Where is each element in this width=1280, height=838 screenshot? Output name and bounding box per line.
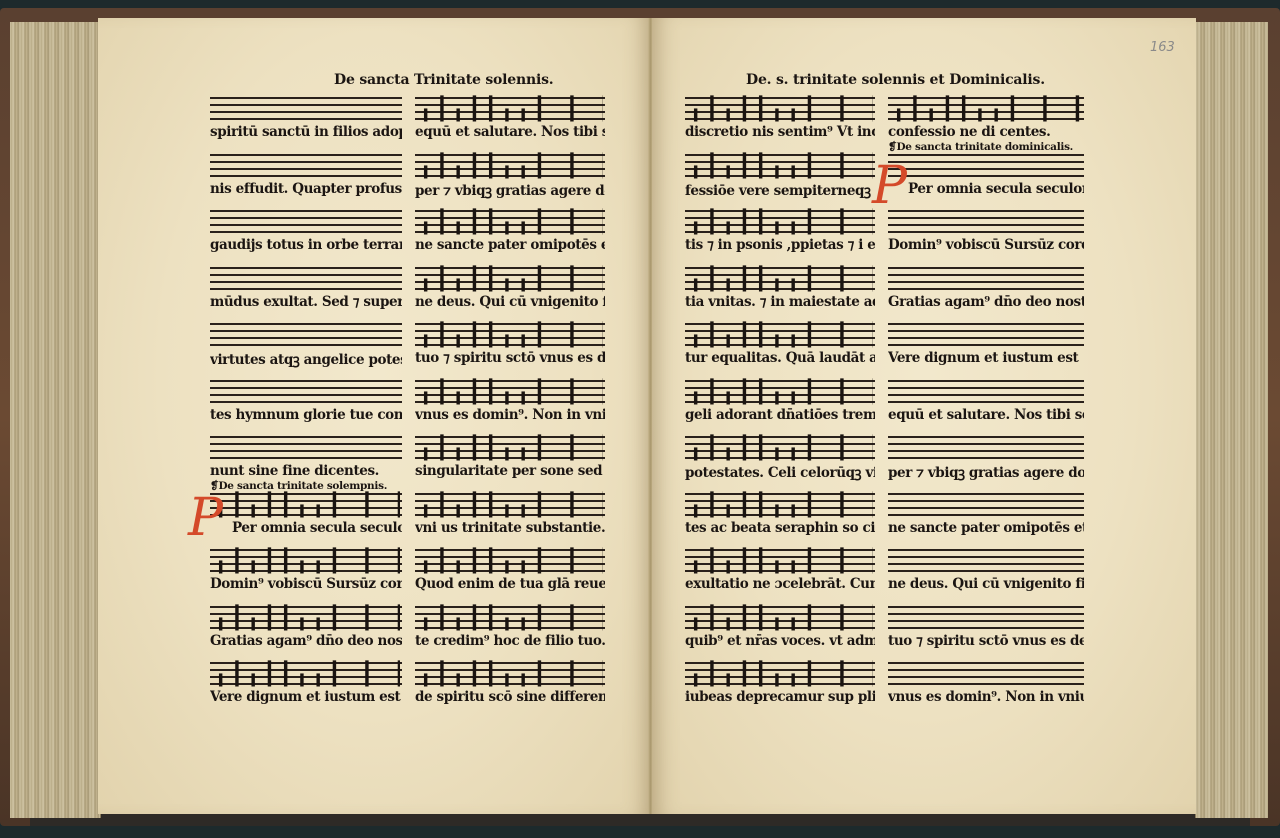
staff-unit: nis effudit. Quapter profusis: [210, 150, 402, 207]
music-staff: ╻┃╻┃┃╻╻┃ ┃ ┃┃╻┃ ┃┃: [415, 97, 605, 121]
staff-line: [888, 175, 1084, 177]
lyric-line: potestates. Celi celorūqꝫ virtu/: [685, 463, 875, 481]
staff-line: [210, 323, 402, 325]
staff-line: [210, 274, 402, 276]
neume-notation: ╻┃╻┃┃╻╻┃ ┃ ┃┃╻┃ ┃┃: [214, 604, 400, 634]
right-column-1: ╻┃╻┃┃╻╻┃ ┃ ┃┃╻┃ ┃┃discretio nis sentim⁹ …: [685, 93, 875, 715]
left-running-head: De sancta Trinitate solennis.: [334, 72, 553, 88]
staff-unit: Domin⁹ vobiscū Sursūz corda: [888, 206, 1084, 263]
staff-unit: ╻┃╻┃┃╻╻┃ ┃ ┃┃╻┃ ┃┃confessio ne di centes…: [888, 93, 1084, 150]
lyric-line: iubeas deprecamur sup plici: [685, 689, 875, 705]
staff-unit: ╻┃╻┃┃╻╻┃ ┃ ┃┃╻┃ ┃┃Quod enim de tua glā r…: [415, 545, 605, 602]
music-staff: [888, 662, 1084, 686]
music-staff: ╻┃╻┃┃╻╻┃ ┃ ┃┃╻┃ ┃┃: [415, 549, 605, 573]
staff-unit: spiritū sanctū in filios adoptio: [210, 93, 402, 150]
lyric-line: geli adorant dn̄atiōes tremunt: [685, 407, 875, 423]
neume-notation: ╻┃╻┃┃╻╻┃ ┃ ┃┃╻┃ ┃┃: [214, 547, 400, 577]
music-staff: [210, 210, 402, 234]
staff-line: [210, 387, 402, 389]
music-staff: [888, 267, 1084, 291]
music-staff: ╻┃╻┃┃╻╻┃ ┃ ┃┃╻┃ ┃┃: [210, 549, 402, 573]
music-staff: [210, 436, 402, 460]
staff-unit: ╻┃╻┃┃╻╻┃ ┃ ┃┃╻┃ ┃┃discretio nis sentim⁹ …: [685, 93, 875, 150]
staff-line: [210, 450, 402, 452]
music-staff: [888, 210, 1084, 234]
staff-line: [888, 267, 1084, 269]
music-staff: [210, 323, 402, 347]
lyric-line: ne deus. Qui cū vnigenito filio: [415, 294, 605, 310]
lyric-line: confessio ne di centes.: [888, 124, 1084, 140]
staff-unit: ╻┃╻┃┃╻╻┃ ┃ ┃┃╻┃ ┃┃Vere dignum et iustum …: [210, 658, 402, 715]
music-staff: ╻┃╻┃┃╻╻┃ ┃ ┃┃╻┃ ┃┃: [685, 323, 875, 347]
staff-line: [888, 514, 1084, 516]
lyric-line: Vere dignum et iustum est: [210, 689, 402, 705]
music-staff: ╻┃╻┃┃╻╻┃ ┃ ┃┃╻┃ ┃┃: [415, 267, 605, 291]
lyric-line: tia vnitas. ⁊ in maiestate adore: [685, 294, 875, 310]
lyric-line: per ⁊ vbiqꝫ gratias agere domi: [415, 181, 605, 199]
staff-line: [888, 500, 1084, 502]
music-staff: ╻┃╻┃┃╻╻┃ ┃ ┃┃╻┃ ┃┃: [685, 436, 875, 460]
music-staff: [888, 323, 1084, 347]
staff-unit: ╻┃╻┃┃╻╻┃ ┃ ┃┃╻┃ ┃┃per ⁊ vbiqꝫ gratias ag…: [415, 150, 605, 207]
staff-unit: ╻┃╻┃┃╻╻┃ ┃ ┃┃╻┃ ┃┃te credim⁹ hoc de fili…: [415, 602, 605, 659]
music-staff: [210, 97, 402, 121]
music-staff: ╻┃╻┃┃╻╻┃ ┃ ┃┃╻┃ ┃┃: [415, 210, 605, 234]
staff-line: [210, 380, 402, 382]
staff-line: [210, 231, 402, 233]
staff-line: [888, 570, 1084, 572]
lyric-line: vni us trinitate substantie.: [415, 520, 605, 536]
staff-unit: ╻┃╻┃┃╻╻┃ ┃ ┃┃╻┃ ┃┃ne deus. Qui cū vnigen…: [415, 263, 605, 320]
staff-line: [888, 662, 1084, 664]
staff-unit: ╻┃╻┃┃╻╻┃ ┃ ┃┃╻┃ ┃┃exultatio ne ɔcelebrāt…: [685, 545, 875, 602]
lyric-line: Gratias agam⁹ dn̄o deo nostro: [888, 294, 1084, 310]
lyric-line: tes hymnum glorie tue conci/: [210, 407, 402, 423]
music-staff: [888, 154, 1084, 178]
music-staff: ╻┃╻┃┃╻╻┃ ┃ ┃┃╻┃ ┃┃: [685, 154, 875, 178]
staff-unit: ╻┃╻┃┃╻╻┃ ┃ ┃┃╻┃ ┃┃vnus es domin⁹. Non in…: [415, 376, 605, 433]
left-column-1: spiritū sanctū in filios adoptionis effu…: [210, 93, 402, 715]
staff-unit: Per omnia secula seculor.: [888, 150, 1084, 207]
neume-notation: ╻┃╻┃┃╻╻┃ ┃ ┃┃╻┃ ┃┃: [689, 378, 873, 408]
staff-unit: ╻┃╻┃┃╻╻┃ ┃ ┃┃╻┃ ┃┃equū et salutare. Nos …: [415, 93, 605, 150]
music-staff: [210, 380, 402, 404]
staff-line: [210, 175, 402, 177]
lyric-line: fessiōe vere sempiterneqꝫ deita: [685, 181, 875, 199]
staff-unit: mūdus exultat. Sed ⁊ superne: [210, 263, 402, 320]
neume-notation: ╻┃╻┃┃╻╻┃ ┃ ┃┃╻┃ ┃┃: [892, 95, 1082, 125]
staff-line: [210, 457, 402, 459]
music-staff: ╻┃╻┃┃╻╻┃ ┃ ┃┃╻┃ ┃┃: [685, 210, 875, 234]
music-staff: [888, 606, 1084, 630]
staff-line: [210, 401, 402, 403]
music-staff: ╻┃╻┃┃╻╻┃ ┃ ┃┃╻┃ ┃┃: [210, 493, 402, 517]
music-staff: ╻┃╻┃┃╻╻┃ ┃ ┃┃╻┃ ┃┃: [685, 606, 875, 630]
staff-line: [888, 154, 1084, 156]
staff-line: [888, 337, 1084, 339]
music-staff: ╻┃╻┃┃╻╻┃ ┃ ┃┃╻┃ ┃┃: [415, 323, 605, 347]
neume-notation: ╻┃╻┃┃╻╻┃ ┃ ┃┃╻┃ ┃┃: [419, 208, 603, 238]
neume-notation: ╻┃╻┃┃╻╻┃ ┃ ┃┃╻┃ ┃┃: [689, 95, 873, 125]
lyric-line: tur equalitas. Quā laudāt an/: [685, 350, 875, 366]
lyric-line: nunt sine fine dicentes.: [210, 463, 402, 479]
staff-unit: per ⁊ vbiqꝫ gratias agere domi: [888, 432, 1084, 489]
lyric-line: Quod enim de tua glā reuelāte: [415, 576, 605, 592]
staff-line: [888, 606, 1084, 608]
staff-line: [888, 210, 1084, 212]
staff-unit: ╻┃╻┃┃╻╻┃ ┃ ┃┃╻┃ ┃┃Per omnia secula secul…: [210, 489, 402, 546]
music-staff: ╻┃╻┃┃╻╻┃ ┃ ┃┃╻┃ ┃┃: [415, 436, 605, 460]
staff-line: [210, 161, 402, 163]
staff-unit: nunt sine fine dicentes.❡De sancta trini…: [210, 432, 402, 489]
staff-line: [888, 281, 1084, 283]
staff-unit: Gratias agam⁹ dn̄o deo nostro: [888, 263, 1084, 320]
staff-line: [888, 443, 1084, 445]
staff-line: [210, 330, 402, 332]
staff-unit: ╻┃╻┃┃╻╻┃ ┃ ┃┃╻┃ ┃┃quib⁹ et nr̄as voces. …: [685, 602, 875, 659]
lyric-line: singularitate per sone sed in: [415, 463, 605, 479]
neume-notation: ╻┃╻┃┃╻╻┃ ┃ ┃┃╻┃ ┃┃: [419, 491, 603, 521]
neume-notation: ╻┃╻┃┃╻╻┃ ┃ ┃┃╻┃ ┃┃: [419, 95, 603, 125]
lyric-line: Domin⁹ vobiscū Sursūz corda: [888, 237, 1084, 253]
staff-line: [210, 104, 402, 106]
staff-unit: ╻┃╻┃┃╻╻┃ ┃ ┃┃╻┃ ┃┃vni us trinitate subst…: [415, 489, 605, 546]
staff-unit: ne sancte pater omipotēs eter/: [888, 489, 1084, 546]
lyric-line: Domin⁹ vobiscū Sursūz corda: [210, 576, 402, 592]
neume-notation: ╻┃╻┃┃╻╻┃ ┃ ┃┃╻┃ ┃┃: [419, 378, 603, 408]
lyric-line: spiritū sanctū in filios adoptio: [210, 124, 402, 140]
staff-line: [888, 380, 1084, 382]
neume-notation: ╻┃╻┃┃╻╻┃ ┃ ┃┃╻┃ ┃┃: [689, 321, 873, 351]
staff-line: [210, 154, 402, 156]
lyric-line: tis ⁊ in psonis ,ppietas ⁊ i essen/: [685, 237, 875, 253]
lyric-line: tuo ⁊ spiritu sctō vnus es deus: [888, 633, 1084, 649]
staff-unit: tes hymnum glorie tue conci/: [210, 376, 402, 433]
staff-line: [888, 224, 1084, 226]
staff-line: [888, 274, 1084, 276]
neume-notation: ╻┃╻┃┃╻╻┃ ┃ ┃┃╻┃ ┃┃: [214, 660, 400, 690]
staff-unit: ╻┃╻┃┃╻╻┃ ┃ ┃┃╻┃ ┃┃geli adorant dn̄atiōes…: [685, 376, 875, 433]
staff-line: [210, 210, 402, 212]
lyric-line: gaudijs totus in orbe terraruz: [210, 237, 402, 253]
staff-line: [888, 493, 1084, 495]
staff-unit: ╻┃╻┃┃╻╻┃ ┃ ┃┃╻┃ ┃┃tia vnitas. ⁊ in maies…: [685, 263, 875, 320]
staff-unit: equū et salutare. Nos tibi sem/: [888, 376, 1084, 433]
staff-line: [210, 267, 402, 269]
lyric-line: ne deus. Qui cū vnigenito filio: [888, 576, 1084, 592]
staff-unit: ╻┃╻┃┃╻╻┃ ┃ ┃┃╻┃ ┃┃iubeas deprecamur sup …: [685, 658, 875, 715]
neume-notation: ╻┃╻┃┃╻╻┃ ┃ ┃┃╻┃ ┃┃: [689, 547, 873, 577]
music-staff: ╻┃╻┃┃╻╻┃ ┃ ┃┃╻┃ ┃┃: [685, 662, 875, 686]
staff-line: [888, 683, 1084, 685]
staff-line: [888, 401, 1084, 403]
staff-unit: gaudijs totus in orbe terraruz: [210, 206, 402, 263]
lyric-line: tuo ⁊ spiritu sctō vnus es deus: [415, 350, 605, 366]
music-staff: ╻┃╻┃┃╻╻┃ ┃ ┃┃╻┃ ┃┃: [210, 606, 402, 630]
music-staff: ╻┃╻┃┃╻╻┃ ┃ ┃┃╻┃ ┃┃: [415, 606, 605, 630]
lyric-line: nis effudit. Quapter profusis: [210, 181, 402, 197]
staff-line: [888, 627, 1084, 629]
staff-line: [888, 676, 1084, 678]
staff-line: [888, 620, 1084, 622]
neume-notation: ╻┃╻┃┃╻╻┃ ┃ ┃┃╻┃ ┃┃: [689, 604, 873, 634]
staff-unit: ╻┃╻┃┃╻╻┃ ┃ ┃┃╻┃ ┃┃de spiritu scō sine di…: [415, 658, 605, 715]
lyric-line: mūdus exultat. Sed ⁊ superne: [210, 294, 402, 310]
staff-line: [888, 161, 1084, 163]
music-staff: ╻┃╻┃┃╻╻┃ ┃ ┃┃╻┃ ┃┃: [685, 549, 875, 573]
neume-notation: ╻┃╻┃┃╻╻┃ ┃ ┃┃╻┃ ┃┃: [419, 265, 603, 295]
lyric-line: discretio nis sentim⁹ Vt incō/: [685, 124, 875, 140]
music-staff: ╻┃╻┃┃╻╻┃ ┃ ┃┃╻┃ ┃┃: [415, 662, 605, 686]
staff-line: [888, 507, 1084, 509]
staff-unit: Vere dignum et iustum est: [888, 319, 1084, 376]
staff-line: [888, 450, 1084, 452]
music-staff: ╻┃╻┃┃╻╻┃ ┃ ┃┃╻┃ ┃┃: [210, 662, 402, 686]
lyric-line: per ⁊ vbiqꝫ gratias agere domi: [888, 463, 1084, 481]
staff-unit: tuo ⁊ spiritu sctō vnus es deus: [888, 602, 1084, 659]
staff-line: [210, 224, 402, 226]
lyric-line: virtutes atqꝫ angelice potesta/: [210, 350, 402, 368]
music-staff: ╻┃╻┃┃╻╻┃ ┃ ┃┃╻┃ ┃┃: [415, 493, 605, 517]
staff-unit: ╻┃╻┃┃╻╻┃ ┃ ┃┃╻┃ ┃┃tuo ⁊ spiritu sctō vnu…: [415, 319, 605, 376]
staff-line: [888, 394, 1084, 396]
left-fore-edge: [10, 22, 101, 818]
right-column-2: ╻┃╻┃┃╻╻┃ ┃ ┃┃╻┃ ┃┃confessio ne di centes…: [888, 93, 1084, 715]
staff-line: [888, 288, 1084, 290]
staff-unit: ╻┃╻┃┃╻╻┃ ┃ ┃┃╻┃ ┃┃Gratias agam⁹ dn̄o deo…: [210, 602, 402, 659]
neume-notation: ╻┃╻┃┃╻╻┃ ┃ ┃┃╻┃ ┃┃: [419, 547, 603, 577]
music-staff: ╻┃╻┃┃╻╻┃ ┃ ┃┃╻┃ ┃┃: [415, 154, 605, 178]
staff-line: [210, 337, 402, 339]
lyric-line: Per omnia secula seculor.: [232, 520, 402, 536]
staff-line: [888, 168, 1084, 170]
staff-line: [210, 394, 402, 396]
staff-line: [888, 563, 1084, 565]
music-staff: ╻┃╻┃┃╻╻┃ ┃ ┃┃╻┃ ┃┃: [685, 97, 875, 121]
music-staff: [888, 493, 1084, 517]
staff-line: [888, 344, 1084, 346]
neume-notation: ╻┃╻┃┃╻╻┃ ┃ ┃┃╻┃ ┃┃: [689, 434, 873, 464]
lyric-line: quib⁹ et nr̄as voces. vt admitti: [685, 633, 875, 649]
staff-line: [888, 613, 1084, 615]
staff-line: [210, 217, 402, 219]
music-staff: [210, 267, 402, 291]
music-staff: ╻┃╻┃┃╻╻┃ ┃ ┃┃╻┃ ┃┃: [685, 380, 875, 404]
music-staff: ╻┃╻┃┃╻╻┃ ┃ ┃┃╻┃ ┃┃: [415, 380, 605, 404]
staff-unit: ╻┃╻┃┃╻╻┃ ┃ ┃┃╻┃ ┃┃potestates. Celi celor…: [685, 432, 875, 489]
lyric-line: ne sancte pater omipotēs eter/: [888, 520, 1084, 536]
music-staff: ╻┃╻┃┃╻╻┃ ┃ ┃┃╻┃ ┃┃: [685, 493, 875, 517]
staff-line: [888, 387, 1084, 389]
staff-line: [888, 549, 1084, 551]
red-initial-p-right: P: [872, 160, 907, 212]
staff-line: [888, 330, 1084, 332]
staff-unit: ne deus. Qui cū vnigenito filio: [888, 545, 1084, 602]
music-staff: [888, 436, 1084, 460]
right-fore-edge: [1195, 22, 1268, 818]
lyric-line: de spiritu scō sine differen tia: [415, 689, 605, 705]
lyric-line: ne sancte pater omipotēs eter/: [415, 237, 605, 253]
neume-notation: ╻┃╻┃┃╻╻┃ ┃ ┃┃╻┃ ┃┃: [689, 660, 873, 690]
music-staff: [210, 154, 402, 178]
staff-unit: ╻┃╻┃┃╻╻┃ ┃ ┃┃╻┃ ┃┃tes ac beata seraphin …: [685, 489, 875, 546]
music-staff: [888, 549, 1084, 573]
staff-line: [210, 111, 402, 113]
lyric-line: Gratias agam⁹ dn̄o deo nostro: [210, 633, 402, 649]
lyric-line: vnus es domin⁹. Non in vnius: [415, 407, 605, 423]
red-initial-p-left: P: [188, 492, 223, 544]
neume-notation: ╻┃╻┃┃╻╻┃ ┃ ┃┃╻┃ ┃┃: [419, 152, 603, 182]
music-staff: ╻┃╻┃┃╻╻┃ ┃ ┃┃╻┃ ┃┃: [685, 267, 875, 291]
neume-notation: ╻┃╻┃┃╻╻┃ ┃ ┃┃╻┃ ┃┃: [419, 321, 603, 351]
left-column-2: ╻┃╻┃┃╻╻┃ ┃ ┃┃╻┃ ┃┃equū et salutare. Nos …: [415, 93, 605, 715]
staff-unit: ╻┃╻┃┃╻╻┃ ┃ ┃┃╻┃ ┃┃singularitate per sone…: [415, 432, 605, 489]
staff-unit: vnus es domin⁹. Non in vnius: [888, 658, 1084, 715]
staff-line: [210, 344, 402, 346]
staff-line: [210, 443, 402, 445]
lyric-line: equū et salutare. Nos tibi sem/: [888, 407, 1084, 423]
neume-notation: ╻┃╻┃┃╻╻┃ ┃ ┃┃╻┃ ┃┃: [689, 265, 873, 295]
music-staff: [888, 380, 1084, 404]
staff-line: [210, 168, 402, 170]
staff-line: [210, 288, 402, 290]
neume-notation: ╻┃╻┃┃╻╻┃ ┃ ┃┃╻┃ ┃┃: [419, 604, 603, 634]
lyric-line: vnus es domin⁹. Non in vnius: [888, 689, 1084, 705]
lyric-line: Vere dignum et iustum est: [888, 350, 1084, 366]
staff-line: [210, 118, 402, 120]
staff-unit: ╻┃╻┃┃╻╻┃ ┃ ┃┃╻┃ ┃┃fessiōe vere sempitern…: [685, 150, 875, 207]
staff-unit: ╻┃╻┃┃╻╻┃ ┃ ┃┃╻┃ ┃┃tur equalitas. Quā lau…: [685, 319, 875, 376]
staff-line: [888, 217, 1084, 219]
neume-notation: ╻┃╻┃┃╻╻┃ ┃ ┃┃╻┃ ┃┃: [689, 491, 873, 521]
staff-line: [210, 97, 402, 99]
lyric-line: equū et salutare. Nos tibi sem/: [415, 124, 605, 140]
right-running-head: De. s. trinitate solennis et Dominicalis…: [746, 72, 1045, 88]
lyric-line: Per omnia secula seculor.: [908, 181, 1084, 197]
lyric-line: exultatio ne ɔcelebrāt. Cum: [685, 576, 875, 592]
staff-line: [888, 457, 1084, 459]
neume-notation: ╻┃╻┃┃╻╻┃ ┃ ┃┃╻┃ ┃┃: [419, 660, 603, 690]
staff-unit: ╻┃╻┃┃╻╻┃ ┃ ┃┃╻┃ ┃┃ne sancte pater omipot…: [415, 206, 605, 263]
staff-line: [888, 436, 1084, 438]
staff-line: [210, 436, 402, 438]
neume-notation: ╻┃╻┃┃╻╻┃ ┃ ┃┃╻┃ ┃┃: [689, 152, 873, 182]
staff-line: [888, 669, 1084, 671]
staff-unit: ╻┃╻┃┃╻╻┃ ┃ ┃┃╻┃ ┃┃tis ⁊ in psonis ,ppiet…: [685, 206, 875, 263]
lyric-line: tes ac beata seraphin so cia: [685, 520, 875, 536]
lyric-line: te credim⁹ hoc de filio tuo. hoc: [415, 633, 605, 649]
staff-line: [888, 323, 1084, 325]
neume-notation: ╻┃╻┃┃╻╻┃ ┃ ┃┃╻┃ ┃┃: [689, 208, 873, 238]
staff-line: [888, 231, 1084, 233]
music-staff: ╻┃╻┃┃╻╻┃ ┃ ┃┃╻┃ ┃┃: [888, 97, 1084, 121]
staff-unit: virtutes atqꝫ angelice potesta/: [210, 319, 402, 376]
staff-line: [210, 281, 402, 283]
neume-notation: ╻┃╻┃┃╻╻┃ ┃ ┃┃╻┃ ┃┃: [419, 434, 603, 464]
folio-number: 163: [1150, 40, 1175, 55]
staff-unit: ╻┃╻┃┃╻╻┃ ┃ ┃┃╻┃ ┃┃Domin⁹ vobiscū Sursūz …: [210, 545, 402, 602]
neume-notation: ╻┃╻┃┃╻╻┃ ┃ ┃┃╻┃ ┃┃: [214, 491, 400, 521]
staff-line: [888, 556, 1084, 558]
